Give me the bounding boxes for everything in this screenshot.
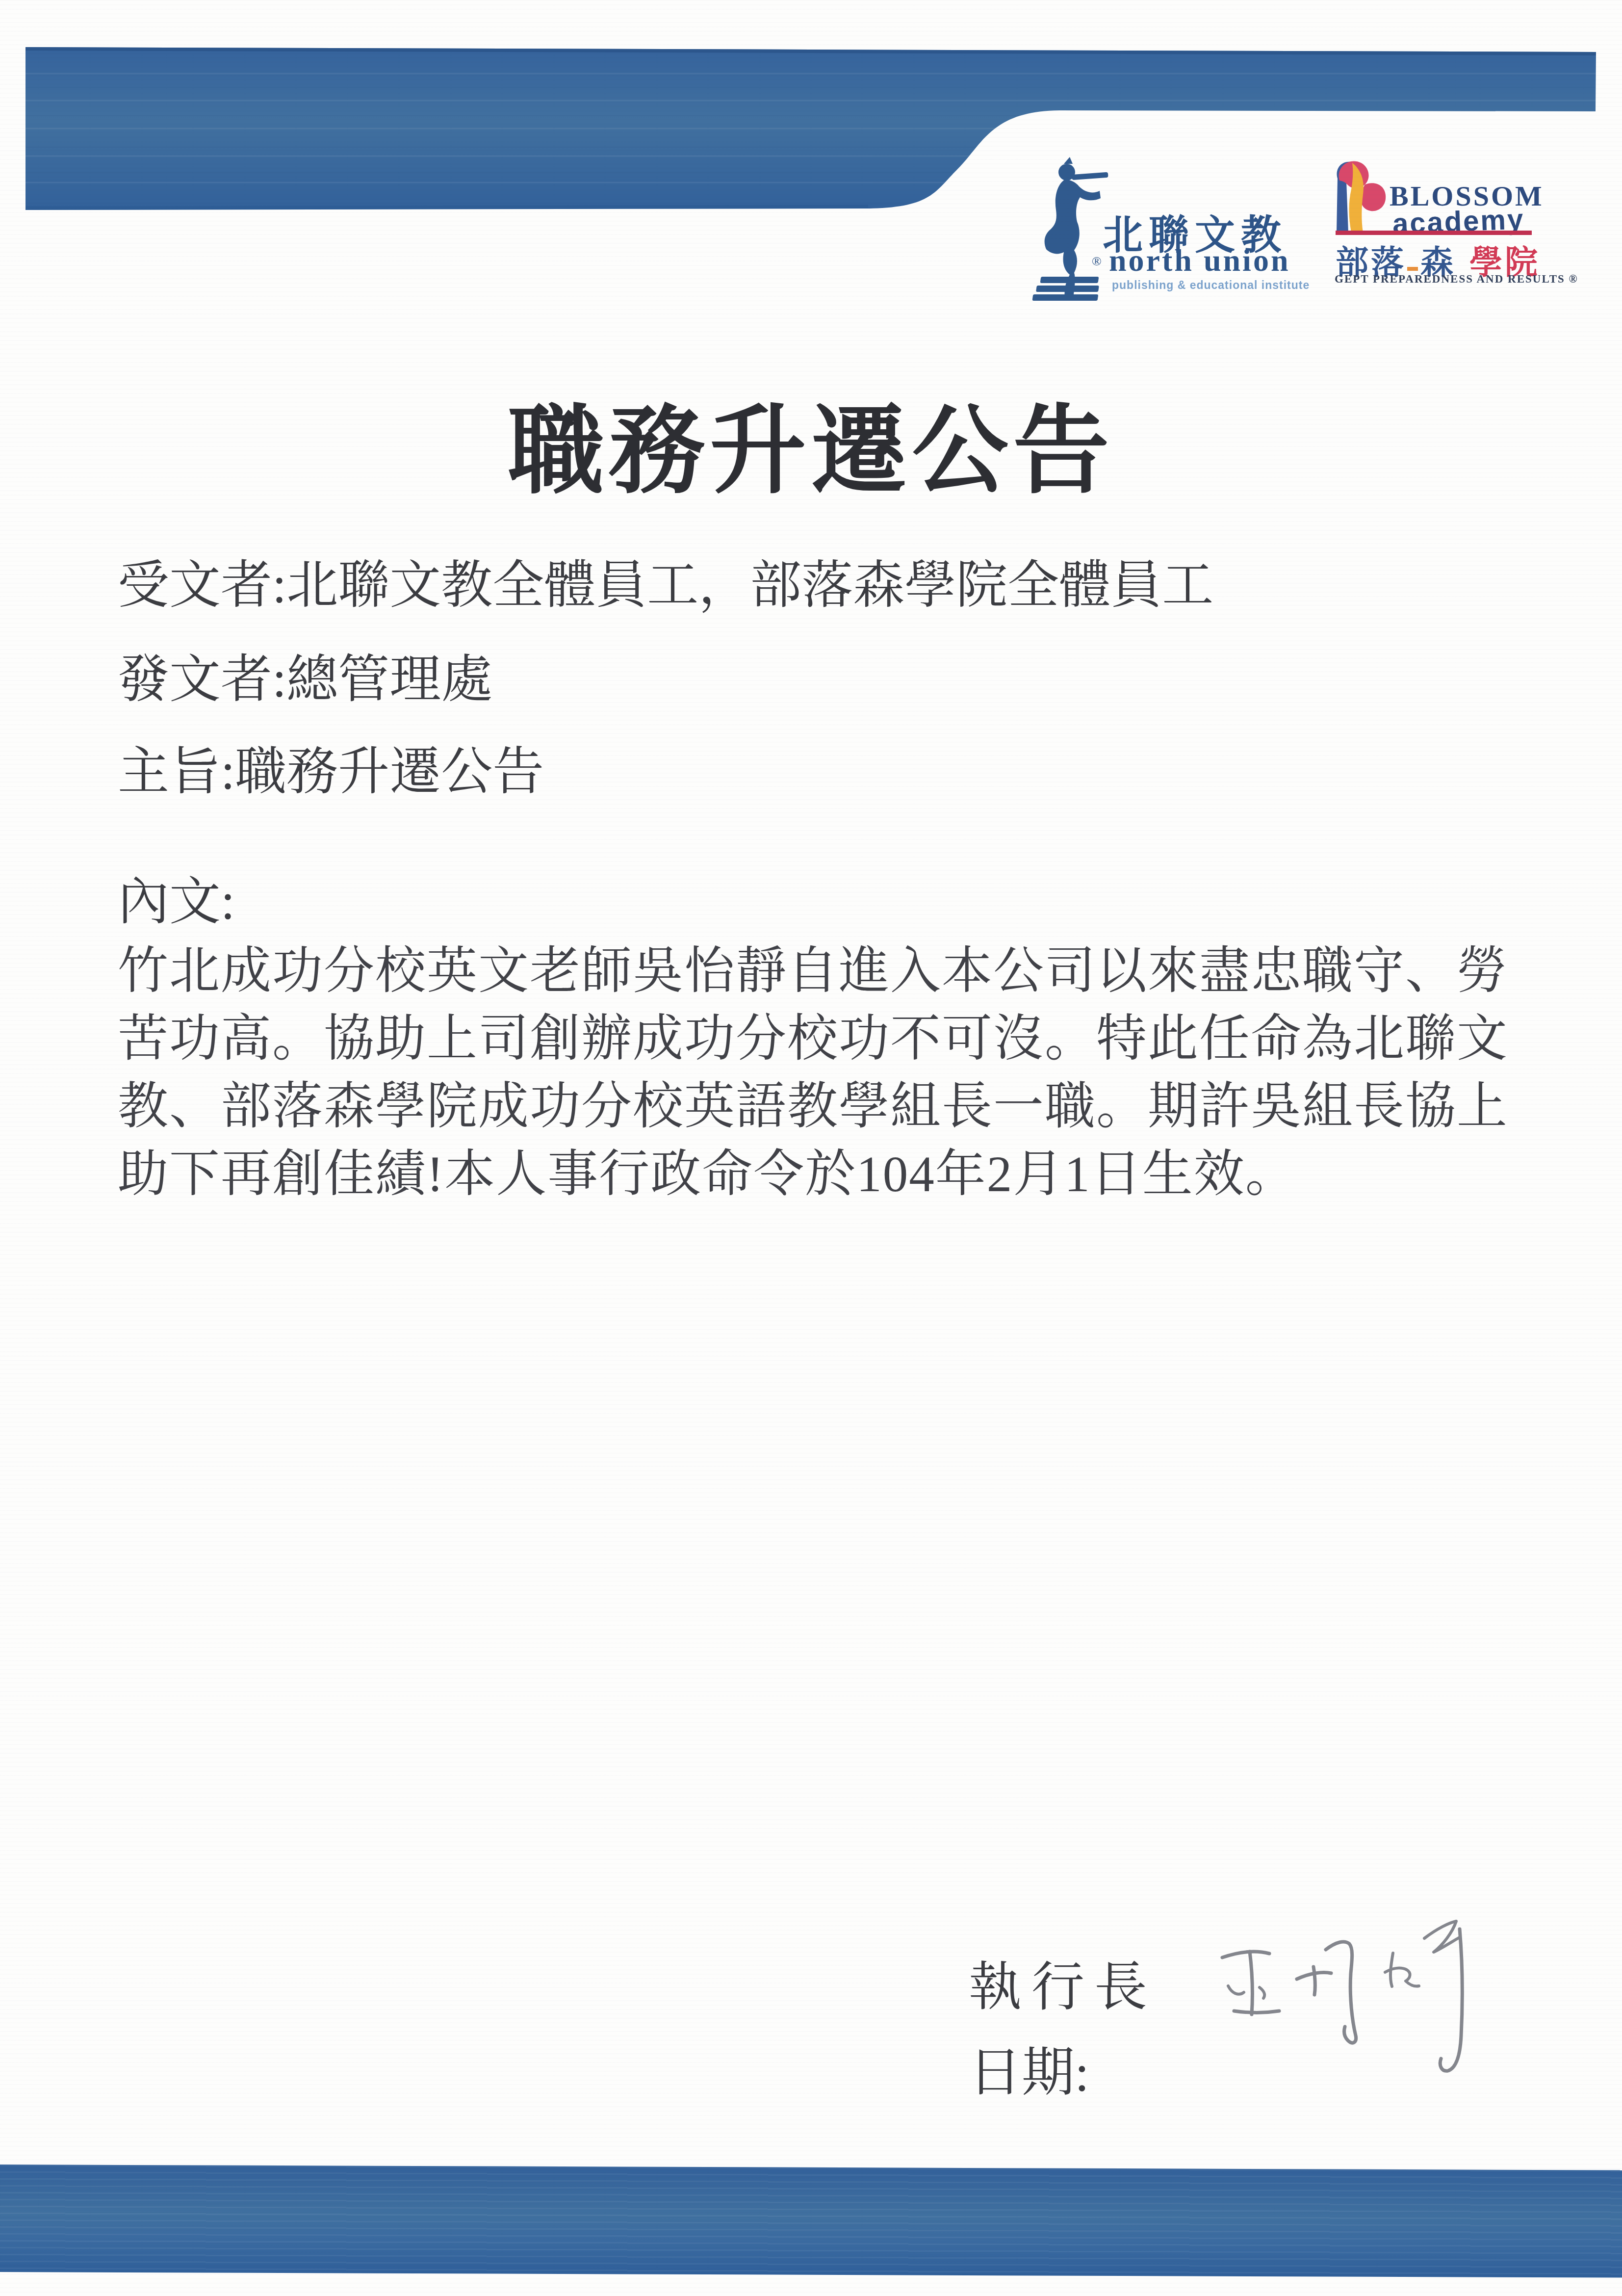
recipient-label: 受文者: — [118, 556, 286, 614]
sender-row: 發文者:總管理處 — [118, 653, 492, 705]
blossom-tagline: GEPT PREPAREDNESS AND RESULTS ® — [1335, 273, 1578, 286]
registered-mark-icon: ® — [1092, 254, 1102, 269]
sender-value: 總管理處 — [286, 651, 492, 708]
body-line: 教、部落森學院成功分校英語教學組長一職。期許吳組長協上 — [118, 1082, 1508, 1132]
blossom-academy-logo: BLOSSOM academy 部落森學院 GEPT PREPAREDNESS … — [1327, 158, 1562, 305]
subject-row: 主旨:職務升遷公告 — [118, 746, 544, 797]
ceo-role-label: 執行長 — [969, 1961, 1157, 2014]
north-union-logo: 北聯文教 north union ® publishing & educatio… — [1023, 156, 1307, 313]
subject-value: 職務升遷公告 — [235, 743, 544, 800]
body-line: 竹北成功分校英文老師吳怡靜自進入本公司以來盡忠職守、勞 — [118, 946, 1508, 997]
recipient-value: 北聯文教全體員工，部落森學院全體員工 — [286, 556, 1213, 614]
body-line: 苦功高。協助上司創辦成功分校功不可沒。特此任命為北聯文 — [118, 1014, 1508, 1065]
flute-player-icon — [1023, 156, 1110, 304]
cjk-underscore-mark — [1407, 267, 1418, 271]
body-heading: 內文: — [118, 876, 235, 927]
sender-label: 發文者: — [118, 651, 286, 708]
handwritten-signature — [1197, 1899, 1520, 2114]
red-underline — [1336, 231, 1532, 235]
north-union-tagline: publishing & educational institute — [1112, 279, 1310, 292]
subject-label: 主旨: — [118, 743, 235, 800]
north-union-en-name: north union — [1109, 242, 1290, 279]
body-line: 助下再創佳績!本人事行政命令於104年2月1日生效。 — [118, 1149, 1297, 1200]
date-label: 日期: — [969, 2047, 1089, 2100]
bottom-banner-strip — [0, 2165, 1622, 2278]
page-title: 職務升遷公告 — [0, 404, 1622, 500]
document-page: 北聯文教 north union ® publishing & educatio… — [0, 0, 1622, 2296]
recipient-row: 受文者:北聯文教全體員工，部落森學院全體員工 — [118, 559, 1213, 611]
